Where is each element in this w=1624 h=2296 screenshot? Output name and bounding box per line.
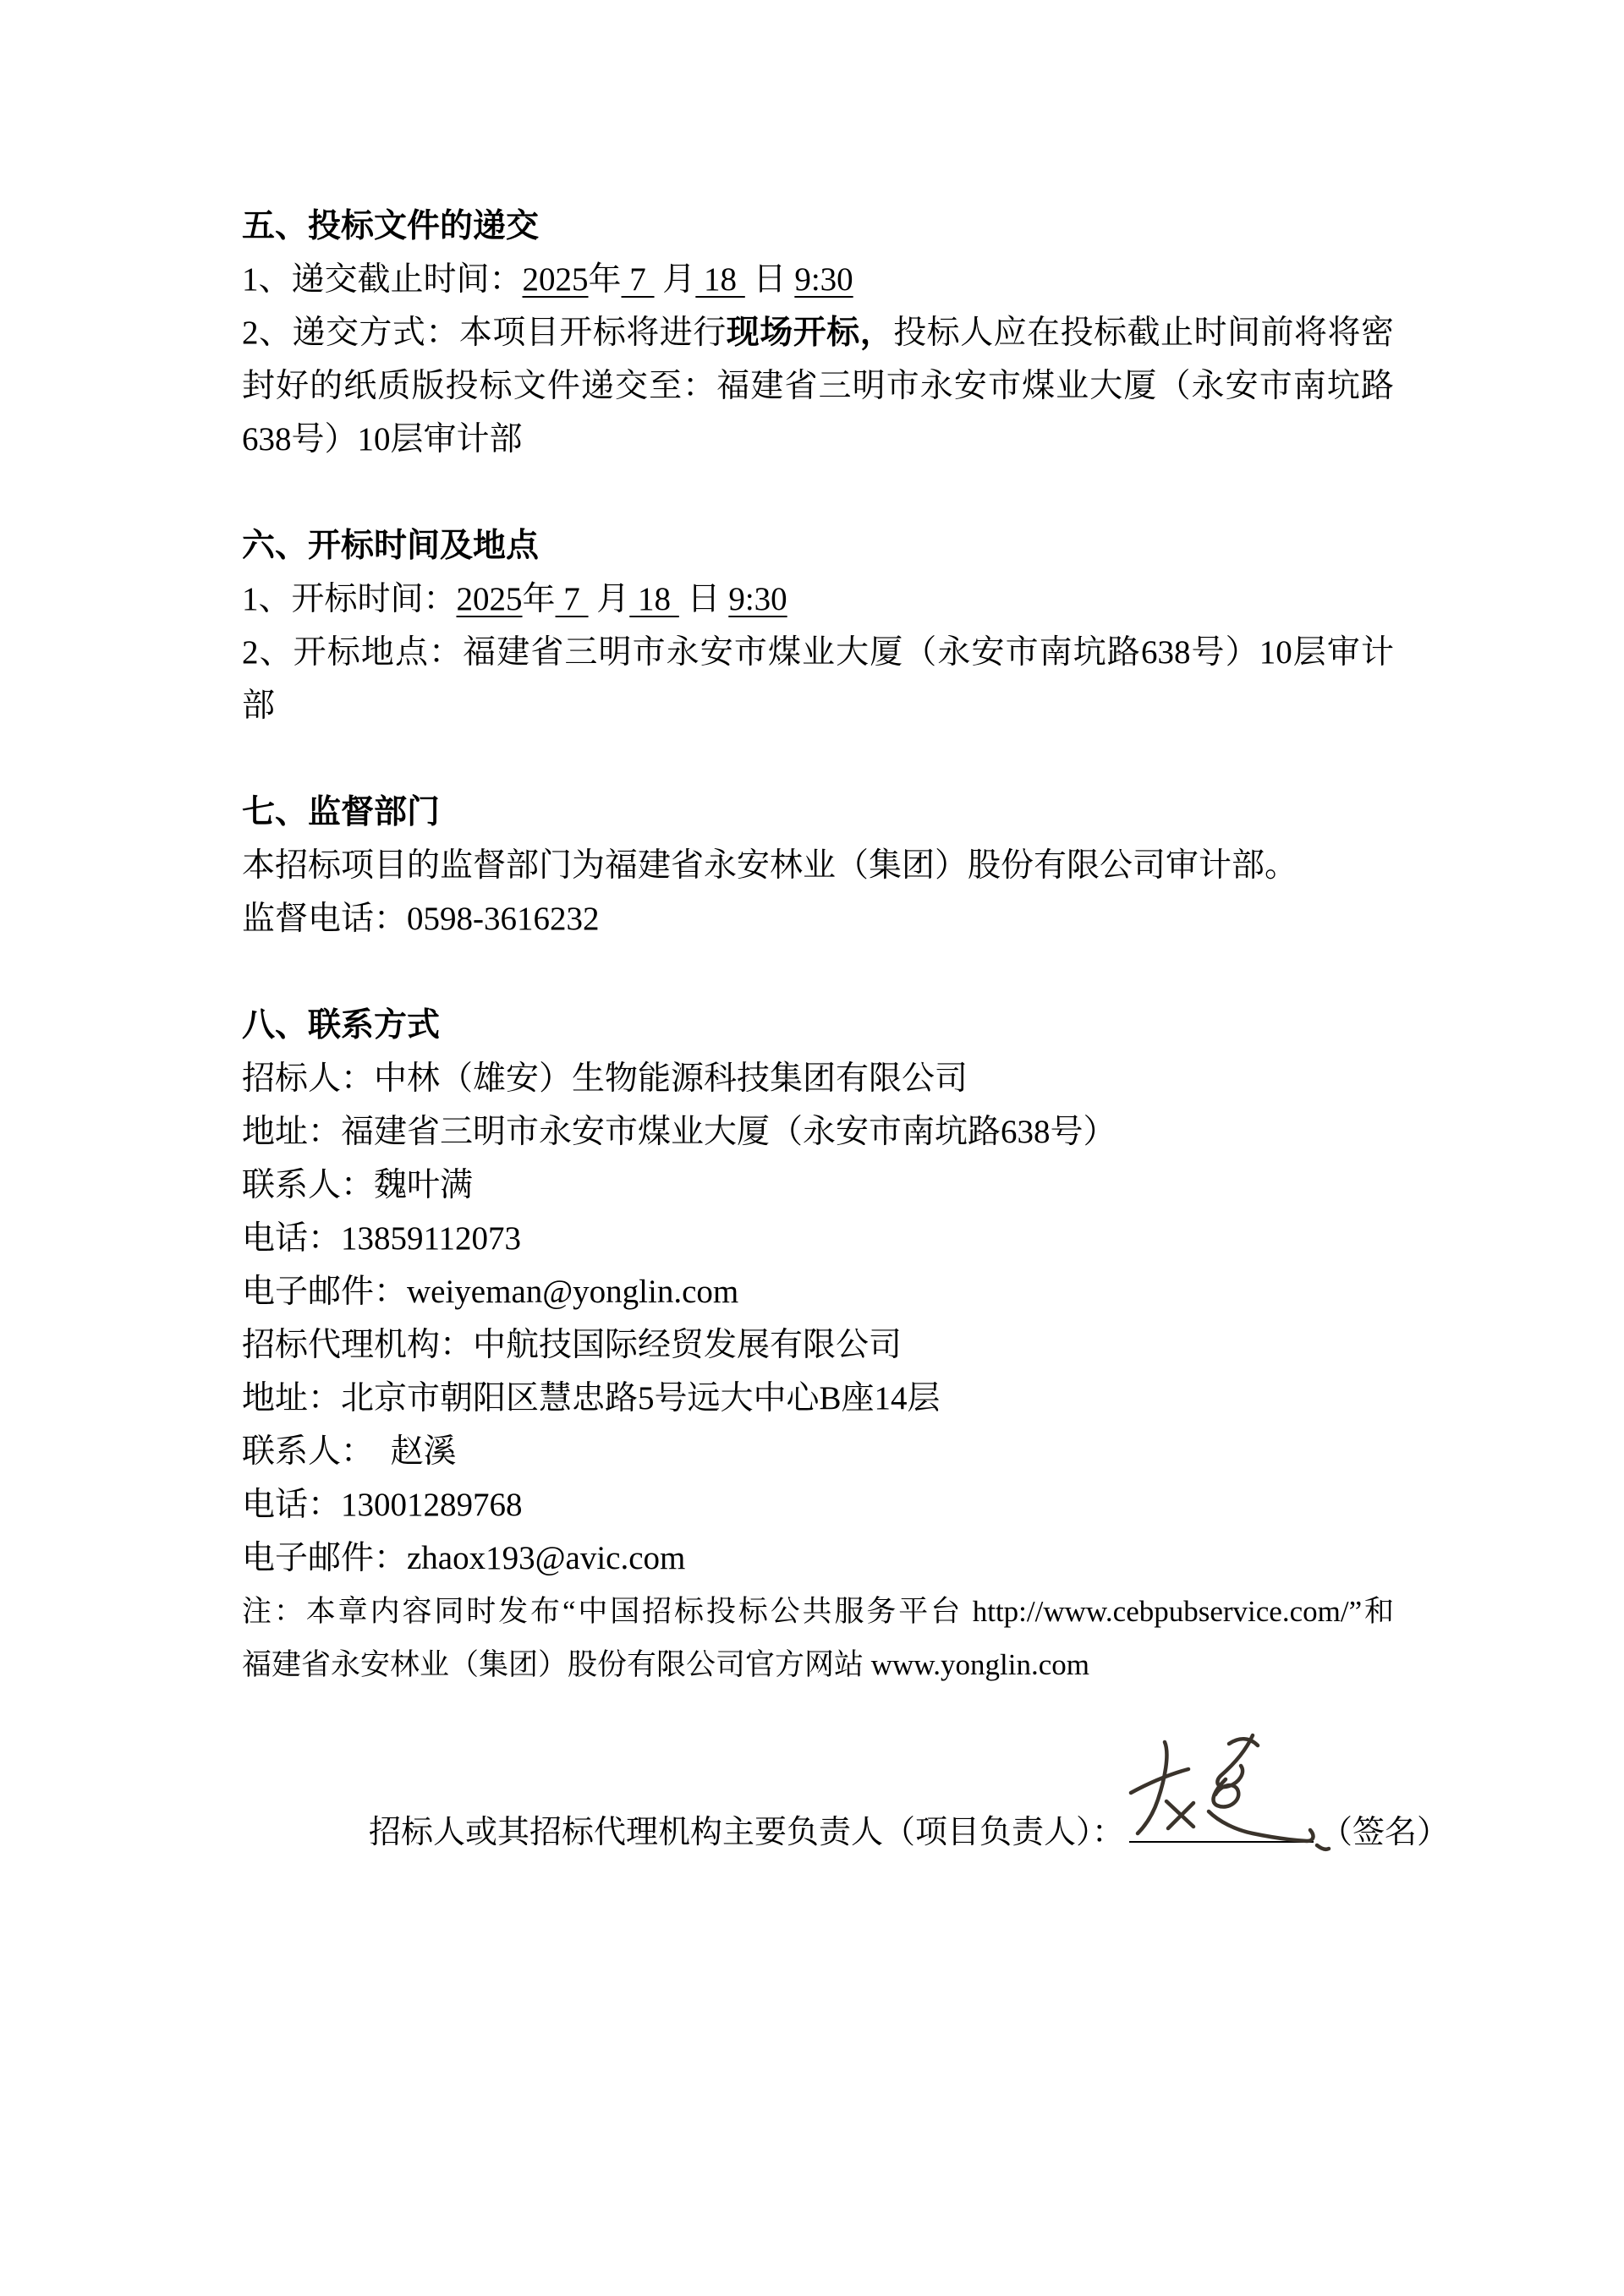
method-text-before: 2、递交方式：本项目开标将进行 [242, 315, 727, 351]
section-supervision: 七、监督部门 本招标项目的监督部门为福建省永安林业（集团）股份有限公司审计部。 … [242, 786, 1394, 945]
opening-time-time: 9:30 [728, 581, 787, 617]
submission-method-line3: 638号）10层审计部 [242, 413, 1394, 466]
note-line1: 注：本章内容同时发布“中国招标投标公共服务平台 http://www.cebpu… [242, 1585, 1394, 1638]
submission-method-line2: 封好的纸质版投标文件递交至：福建省三明市永安市煤业大厦（永安市南坑路 [242, 359, 1394, 413]
deadline-year: 2025 [523, 261, 589, 298]
supervision-phone-line: 监督电话：0598-3616232 [242, 892, 1394, 945]
note-line2: 福建省永安林业（集团）股份有限公司官方网站 www.yonglin.com [242, 1638, 1394, 1691]
method-text-bold: 现场开标， [727, 315, 893, 351]
contact-agency-address-line: 地址：北京市朝阳区慧忠路5号远大中心B座14层 [242, 1372, 1394, 1425]
opening-time-prefix: 1、开标时间： [242, 581, 457, 617]
deadline-month-unit: 月 [662, 261, 695, 298]
opening-place-line1: 2、开标地点：福建省三明市永安市煤业大厦（永安市南坑路638号）10层审计 [242, 626, 1394, 679]
contact-tenderer-phone-line: 电话：13859112073 [242, 1212, 1394, 1265]
section-opening-heading: 六、开标时间及地点 [242, 519, 1394, 573]
signature-blank-line [1129, 1806, 1314, 1843]
contact-tenderer-email-line: 电子邮件：weiyeman@yonglin.com [242, 1265, 1394, 1318]
opening-time-year-unit: 年 [523, 581, 556, 617]
opening-time-year: 2025 [457, 581, 523, 617]
note-block: 注：本章内容同时发布“中国招标投标公共服务平台 http://www.cebpu… [242, 1585, 1394, 1691]
section-opening: 六、开标时间及地点 1、开标时间：2025年 7 月 18 日 9:30 2、开… [242, 519, 1394, 732]
opening-time-day-unit: 日 [688, 581, 721, 617]
contact-agency-email-line: 电子邮件：zhaox193@avic.com [242, 1532, 1394, 1585]
contact-agency-person-line: 联系人： 赵溪 [242, 1425, 1394, 1478]
opening-time-line: 1、开标时间：2025年 7 月 18 日 9:30 [242, 573, 1394, 626]
deadline-year-unit: 年 [589, 261, 622, 298]
section-submission-heading: 五、投标文件的递交 [242, 200, 1394, 253]
deadline-time: 9:30 [794, 261, 853, 298]
submission-method-line1: 2、递交方式：本项目开标将进行现场开标，投标人应在投标截止时间前将将密 [242, 306, 1394, 359]
opening-time-month: 7 [556, 581, 589, 617]
contact-agency-line: 招标代理机构：中航技国际经贸发展有限公司 [242, 1318, 1394, 1372]
opening-place-line2: 部 [242, 679, 1394, 732]
document-page: 五、投标文件的递交 1、递交截止时间：2025年 7 月 18 日 9:30 2… [0, 0, 1624, 2296]
contact-tenderer-address-line: 地址：福建省三明市永安市煤业大厦（永安市南坑路638号） [242, 1105, 1394, 1159]
section-contact-heading: 八、联系方式 [242, 999, 1394, 1052]
opening-time-month-unit: 月 [596, 581, 629, 617]
section-contact: 八、联系方式 招标人：中林（雄安）生物能源科技集团有限公司 地址：福建省三明市永… [242, 999, 1394, 1585]
method-text-after: 投标人应在投标截止时间前将将密 [893, 315, 1394, 351]
submission-deadline-line: 1、递交截止时间：2025年 7 月 18 日 9:30 [242, 253, 1394, 306]
signature-row: 招标人或其招标代理机构主要负责人（项目负责人）： （签名） [242, 1806, 1624, 1860]
deadline-day: 18 [695, 261, 745, 298]
handwritten-signature [1114, 1723, 1334, 1855]
opening-time-day: 18 [629, 581, 679, 617]
contact-tenderer-line: 招标人：中林（雄安）生物能源科技集团有限公司 [242, 1052, 1394, 1105]
section-supervision-heading: 七、监督部门 [242, 786, 1394, 839]
section-submission: 五、投标文件的递交 1、递交截止时间：2025年 7 月 18 日 9:30 2… [242, 200, 1394, 466]
deadline-day-unit: 日 [754, 261, 787, 298]
signature-label: 招标人或其招标代理机构主要负责人（项目负责人）： [369, 1815, 1124, 1850]
contact-tenderer-person-line: 联系人：魏叶满 [242, 1159, 1394, 1212]
document-body: 五、投标文件的递交 1、递交截止时间：2025年 7 月 18 日 9:30 2… [242, 200, 1394, 1691]
signature-suffix: （签名） [1320, 1815, 1449, 1850]
deadline-prefix: 1、递交截止时间： [242, 261, 523, 298]
contact-agency-phone-line: 电话：13001289768 [242, 1478, 1394, 1532]
deadline-month: 7 [622, 261, 655, 298]
supervision-body-line: 本招标项目的监督部门为福建省永安林业（集团）股份有限公司审计部。 [242, 839, 1394, 892]
